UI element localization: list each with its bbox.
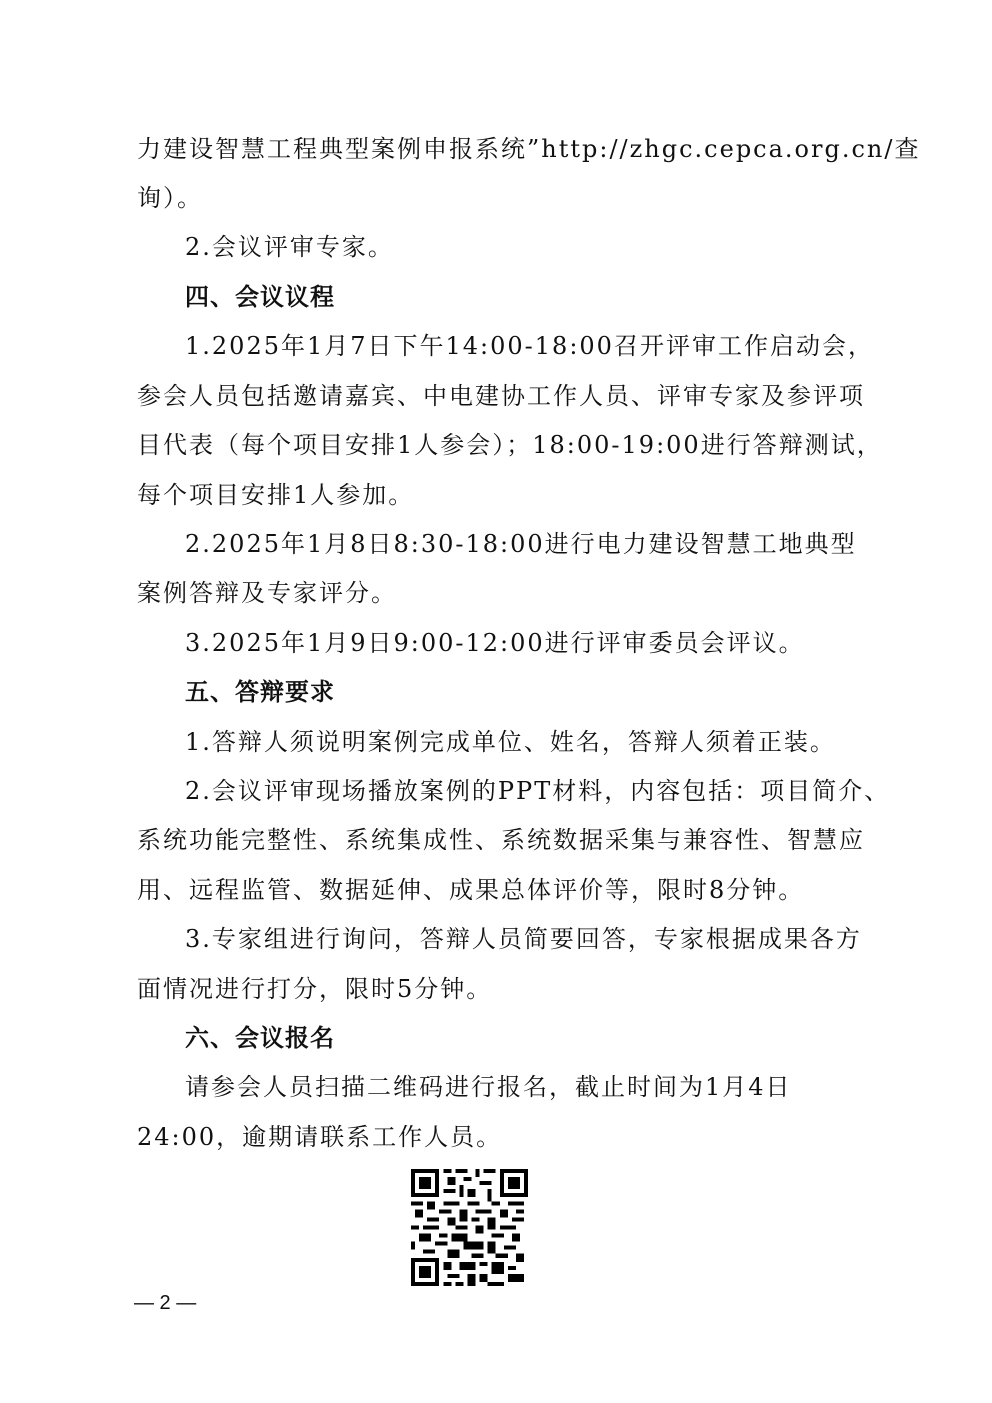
registration-qr-code xyxy=(411,1169,528,1286)
body-line: 力建设智慧工程典型案例申报系统”http://zhgc.cepca.org.cn… xyxy=(137,134,897,164)
body-line: 3.专家组进行询问，答辩人员简要回答，专家根据成果各方 xyxy=(185,924,945,954)
body-line: 参会人员包括邀请嘉宾、中电建协工作人员、评审专家及参评项 xyxy=(137,381,897,411)
body-line: 2.2025年1月8日8:30-18:00进行电力建设智慧工地典型 xyxy=(185,529,945,559)
body-line: 面情况进行打分，限时5分钟。 xyxy=(137,974,897,1004)
body-line: 请参会人员扫描二维码进行报名，截止时间为1月4日 xyxy=(185,1072,945,1102)
body-line: 系统功能完整性、系统集成性、系统数据采集与兼容性、智慧应 xyxy=(137,825,897,855)
body-line: 2.会议评审专家。 xyxy=(185,232,945,262)
document-page: 力建设智慧工程典型案例申报系统”http://zhgc.cepca.org.cn… xyxy=(0,0,992,1403)
body-line: 24:00，逾期请联系工作人员。 xyxy=(137,1122,897,1152)
body-line: 2.会议评审现场播放案例的PPT材料，内容包括：项目简介、 xyxy=(185,776,945,806)
body-line: 目代表（每个项目安排1人参会）；18:00-19:00进行答辩测试， xyxy=(137,430,897,460)
body-line: 1.2025年1月7日下午14:00-18:00召开评审工作启动会， xyxy=(185,331,945,361)
page-number: — 2 — xyxy=(134,1292,196,1315)
section-heading-agenda: 四、会议议程 xyxy=(185,282,945,312)
body-line: 用、远程监管、数据延伸、成果总体评价等，限时8分钟。 xyxy=(137,875,897,905)
body-line: 询）。 xyxy=(137,183,897,213)
section-heading-defense-requirements: 五、答辩要求 xyxy=(185,677,945,707)
body-line: 1.答辩人须说明案例完成单位、姓名，答辩人须着正装。 xyxy=(185,727,945,757)
section-heading-registration: 六、会议报名 xyxy=(185,1023,945,1053)
body-line: 案例答辩及专家评分。 xyxy=(137,578,897,608)
body-line: 每个项目安排1人参加。 xyxy=(137,480,897,510)
body-line: 3.2025年1月9日9:00-12:00进行评审委员会评议。 xyxy=(185,628,945,658)
